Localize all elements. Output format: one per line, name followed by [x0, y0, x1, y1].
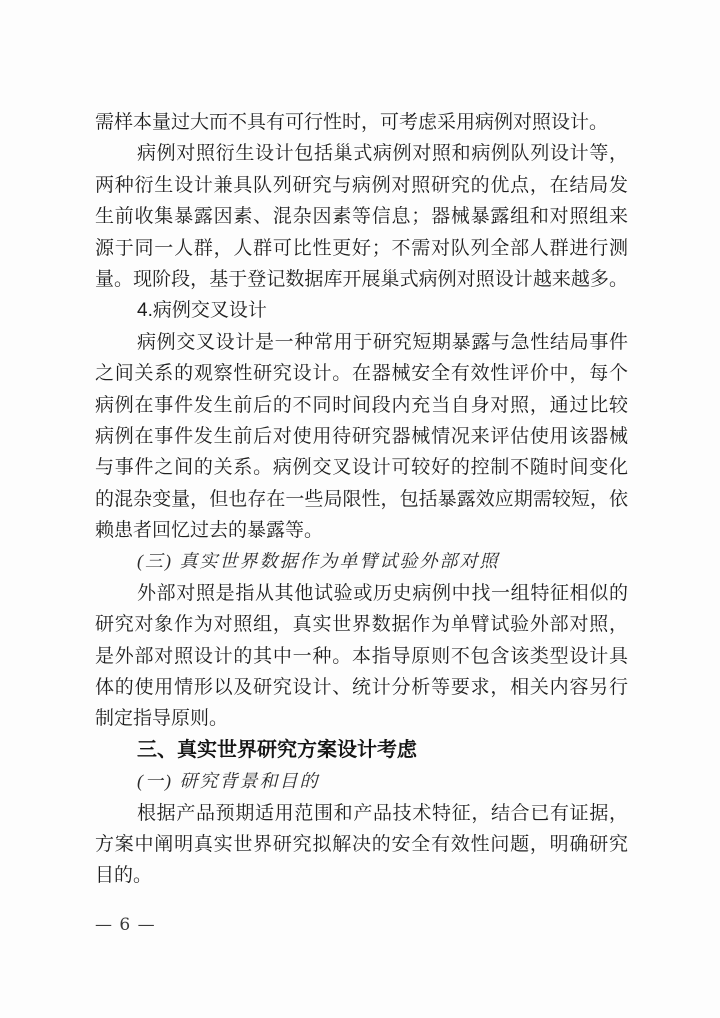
section-heading-3: 三、真实世界研究方案设计考虑	[95, 735, 628, 766]
numbered-subheading: 4.病例交叉设计	[95, 295, 628, 326]
subsection-heading-1: (一) 研究背景和目的	[95, 766, 628, 797]
text-line: 病例在事件发生前后的不同时间段内充当自身对照，通过比较	[95, 390, 628, 421]
text-line: 是外部对照设计的其中一种。本指导原则不包含该类型设计具	[95, 641, 628, 672]
text-line: 与事件之间的关系。病例交叉设计可较好的控制不随时间变化	[95, 452, 628, 483]
text-line: 两种衍生设计兼具队列研究与病例对照研究的优点，在结局发	[95, 170, 628, 201]
text-line: 病例在事件发生前后对使用待研究器械情况来评估使用该器械	[95, 421, 628, 452]
document-page: 需样本量过大而不具有可行性时，可考虑采用病例对照设计。病例对照衍生设计包括巢式病…	[0, 0, 720, 1018]
text-line: 源于同一人群，人群可比性更好；不需对队列全部人群进行测	[95, 233, 628, 264]
page-footer: — 6 —	[95, 913, 156, 937]
text-line: 量。现阶段，基于登记数据库开展巢式病例对照设计越来越多。	[95, 264, 628, 295]
text-line: 需样本量过大而不具有可行性时，可考虑采用病例对照设计。	[95, 107, 628, 138]
text-line: 之间关系的观察性研究设计。在器械安全有效性评价中，每个	[95, 358, 628, 389]
text-line: 目的。	[95, 860, 628, 891]
text-line: 根据产品预期适用范围和产品技术特征，结合已有证据，在	[95, 798, 628, 829]
text-line: 病例交叉设计是一种常用于研究短期暴露与急性结局事件	[95, 327, 628, 358]
text-line: 方案中阐明真实世界研究拟解决的安全有效性问题，明确研究	[95, 829, 628, 860]
text-line: 体的使用情形以及研究设计、统计分析等要求，相关内容另行	[95, 672, 628, 703]
text-line: 的混杂变量，但也存在一些局限性，包括暴露效应期需较短，依	[95, 484, 628, 515]
text-line: 研究对象作为对照组，真实世界数据作为单臂试验外部对照，	[95, 609, 628, 640]
subsection-heading-3: (三) 真实世界数据作为单臂试验外部对照	[95, 546, 628, 577]
text-line: 病例对照衍生设计包括巢式病例对照和病例队列设计等，	[95, 138, 628, 169]
document-body: 需样本量过大而不具有可行性时，可考虑采用病例对照设计。病例对照衍生设计包括巢式病…	[95, 107, 628, 892]
page-number: — 6 —	[95, 915, 156, 935]
text-line: 外部对照是指从其他试验或历史病例中找一组特征相似的	[95, 578, 628, 609]
text-line: 赖患者回忆过去的暴露等。	[95, 515, 628, 546]
text-line: 制定指导原则。	[95, 703, 628, 734]
text-line: 生前收集暴露因素、混杂因素等信息；器械暴露组和对照组来	[95, 201, 628, 232]
